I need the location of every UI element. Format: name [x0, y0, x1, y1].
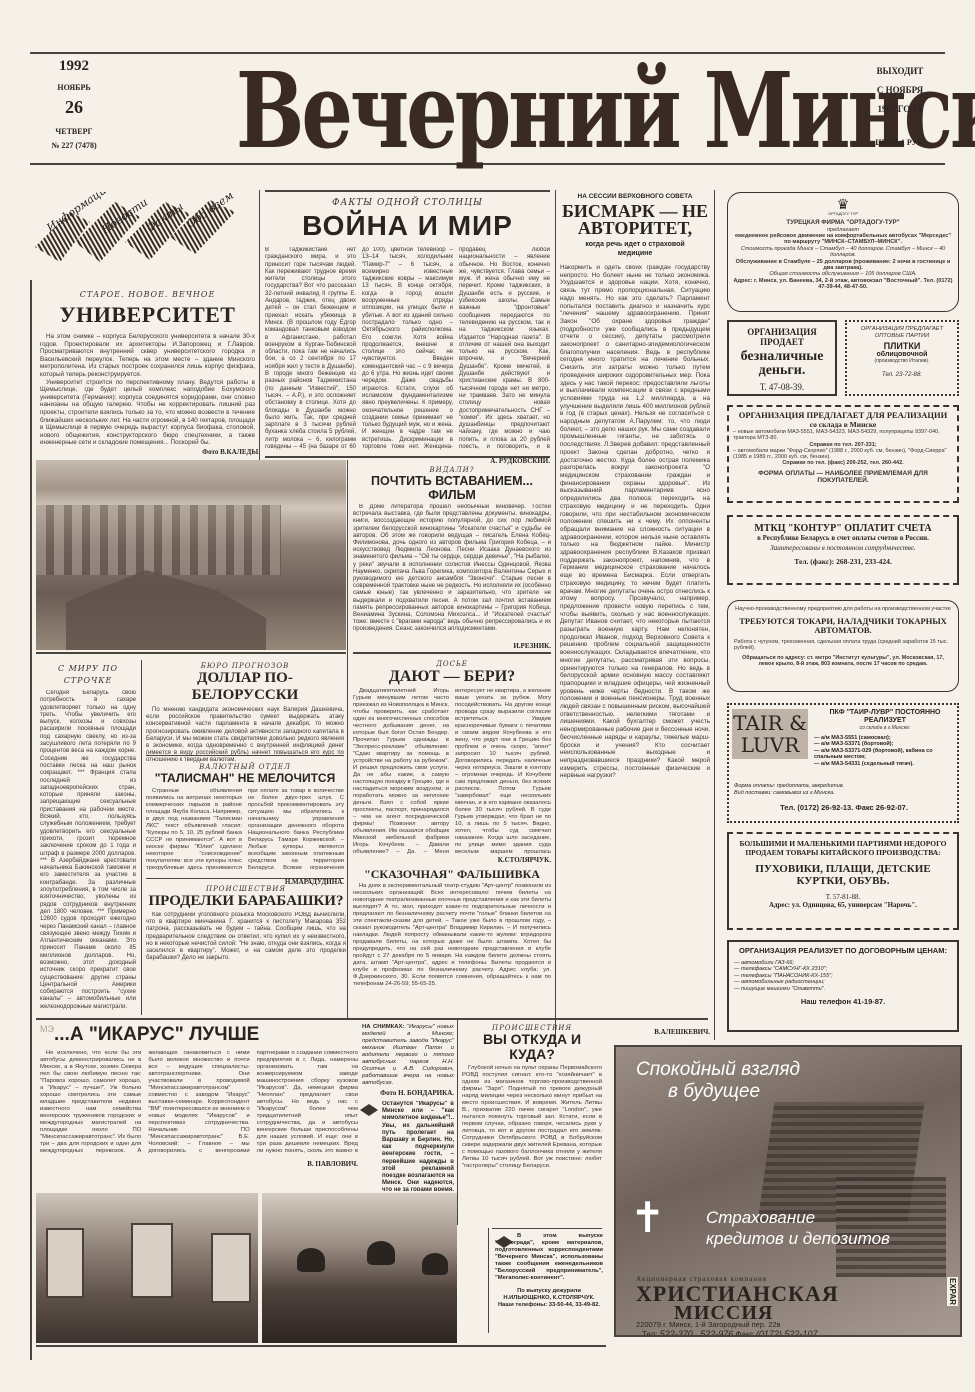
- infograd-note-text: В этом выпуске "Инфограда", кроме матери…: [495, 1233, 603, 1282]
- film-body: В Доме литератора прошел необычный кинов…: [353, 504, 551, 642]
- issue-number: № 227 (7478): [30, 141, 118, 150]
- realizuet-items: — автомобили ГАЗ-66; — телефаксы "САМСУН…: [734, 960, 952, 993]
- ad-beznal-money: ОРГАНИЗАЦИЯ ПРОДАЕТ безналичные деньги. …: [727, 320, 837, 396]
- beznal-offer: безналичные деньги.: [732, 350, 832, 378]
- dayut-rubric: ДОСЬЕ: [353, 660, 551, 668]
- column-rule: [141, 660, 142, 1015]
- war-bottom-rule: [265, 456, 550, 458]
- talisman-rubric: ВАЛЮТНЫЙ ОТДЕЛ: [146, 763, 344, 771]
- bismarck-subhead: когда речь идет о страховой медицине: [560, 240, 710, 258]
- tokari-title: ТРЕБУЮТСЯ ТОКАРИ, НАЛАДЧИКИ ТОКАРНЫХ АВТ…: [734, 617, 952, 636]
- tair-phone: Тел. (0172) 26-92-13. Факс 26-92-07.: [733, 803, 955, 812]
- tair-item: — а/м МАЗ-54331 (седельный тягач).: [814, 761, 956, 768]
- china-title: БОЛЬШИМИ И МАЛЕНЬКИМИ ПАРТИЯМИ НЕДОРОГО …: [733, 840, 953, 857]
- bismarck-kicker: НА СЕССИИ ВЕРХОВНОГО СОВЕТА: [560, 193, 710, 201]
- person-hat-image: [297, 1248, 325, 1272]
- ikarus-author: В. ПАВЛОВИЧ.: [40, 1160, 358, 1168]
- insurance-phones: 522-370 , 522-976: [660, 1329, 734, 1337]
- talisman-headline: "ТАЛИСМАН" НЕ МЕЛОЧИТСЯ: [146, 771, 344, 785]
- cross-dove-globe-icon: ✝: [630, 1197, 665, 1239]
- realizuet-item: — пишущие машинки "Оливетти".: [734, 986, 952, 993]
- barabashka-rubric: ПРОИСШЕСТВИЯ: [146, 885, 346, 893]
- insurance-phone-label: Тел:: [642, 1330, 658, 1337]
- ortadogu-price: Стоимость проезда Минск – Стамбул – 40 д…: [732, 246, 954, 259]
- china-phone: Т. 57-81-88.: [733, 893, 953, 901]
- rule: [492, 1228, 602, 1229]
- ad-christian-mission-insurance: Спокойный взгляд в будущее ✝ Страхование…: [614, 1045, 962, 1337]
- war-rubric: ФАКТЫ ОДНОЙ СТОЛИЦЫ: [265, 198, 550, 208]
- column-rule: [488, 1228, 489, 1333]
- since-line-2: С НОЯБРЯ: [855, 81, 945, 100]
- university-headline: УНИВЕРСИТЕТ: [40, 302, 255, 328]
- realizuet-item: — телефаксы "САМСУНГ-КХ 2310";: [734, 966, 952, 973]
- war-top-rule: [265, 190, 550, 192]
- masthead-since-block: ВЫХОДИТ С НОЯБРЯ 1967 ГОДА ЦЕНА 1 РУБ.: [855, 62, 945, 152]
- ad-tair-luvr: TAIR & LUVR ПКФ "ТАИР-ЛУВР" ПОСТОЯННО РЕ…: [727, 703, 959, 823]
- university-paragraph-1: На этом снимке – корпуса Белорусского ун…: [40, 333, 255, 379]
- issue-month: НОЯБРЬ: [30, 83, 118, 92]
- dollar-rubric: БЮРО ПРОГНОЗОВ: [146, 662, 344, 670]
- tair-subtitle: со склада в г.Минске:: [814, 725, 956, 733]
- agency-mark: EXPAR: [947, 1277, 958, 1306]
- maz-subtitle: со склада в Минске: [733, 420, 953, 429]
- film-rubric: ВИДАЛИ?: [353, 466, 551, 474]
- ikarus-photo-caption: НА СНИМКАХ: "Икарусы" новых моделей в Ми…: [362, 1024, 454, 1191]
- article-dayut-beri: ДОСЬЕ ДАЮТ — БЕРИ? Двадцатипятилетний Иг…: [353, 660, 551, 864]
- insurance-slogan: Спокойный взгляд в будущее: [636, 1059, 800, 1103]
- ikarus-headline: ...А "ИКАРУС" ЛУЧШЕ: [40, 1024, 358, 1046]
- ikarus-note: Останутся "Икарусы" в Минске или – "как …: [362, 1101, 454, 1191]
- china-goods: ПУХОВИКИ, ПЛАЩИ, ДЕТСКИЕ КУРТКИ, ОБУВЬ.: [733, 863, 953, 887]
- university-rubric: СТАРОЕ. НОВОЕ. ВЕЧНОЕ: [40, 290, 255, 299]
- kontur-phone: Тел. (факс): 268-231, 233-424.: [733, 557, 953, 566]
- insurance-fax-label: Факс: [736, 1330, 754, 1337]
- insurance-service-line-1: Страхование: [706, 1207, 890, 1228]
- ad-maz-trucks: ОРГАНИЗАЦИЯ ПРЕДЛАГАЕТ ДЛЯ РЕАЛИЗАЦИИ со…: [727, 405, 959, 503]
- tair-luvr-logo: TAIR & LUVR: [732, 709, 808, 759]
- film-headline: ПОЧТИТЬ ВСТАВАНИЕМ... ФИЛЬМ: [353, 474, 551, 502]
- ad-contract-prices: ОРГАНИЗАЦИЯ РЕАЛИЗУЕТ ПО ДОГОВОРНЫМ ЦЕНА…: [727, 940, 959, 1032]
- kontur-text: в Республике Беларусь в счет оплаты счет…: [733, 534, 953, 542]
- tokari-conditions: Работа с чугуном, трехсменная, сдельная …: [734, 639, 952, 652]
- masthead-date-block: 1992 НОЯБРЬ 26 ЧЕТВЕРГ № 227 (7478): [30, 58, 118, 150]
- article-from-world: С МИРУ ПО СТРОЧКЕ Сегодня Беларусь свою …: [40, 663, 136, 1020]
- china-address: Адрес: ул. Одинцова, 65, универсам "Наро…: [733, 901, 953, 909]
- university-paragraph-2: Университет строится по перспективному п…: [40, 379, 255, 447]
- section-bottom-rule: [36, 1345, 606, 1347]
- person-hat-image: [422, 1253, 448, 1275]
- beznal-phone: Т. 47-08-39.: [732, 382, 832, 392]
- column-rule: [347, 460, 348, 1020]
- rule: [353, 652, 551, 654]
- barabashka-body: Как сотрудники уголовного розыска Москов…: [146, 912, 346, 982]
- ortadogu-logo-caption: ОРТАДОГУ ТУР: [732, 211, 954, 216]
- university-photo: [36, 460, 346, 650]
- realizuet-phone: Наш телефон 41-19-87.: [734, 997, 952, 1006]
- ikarus-marker: МЭ: [40, 1024, 54, 1034]
- insurance-address: 220079 г. Минск, 1-й Загородный пер. 22в: [636, 1320, 781, 1329]
- bus-image: [46, 1228, 84, 1298]
- article-ikarus: МЭ ...А "ИКАРУС" ЛУЧШЕ Не исключено, что…: [40, 1024, 358, 1168]
- editorial-phones: Наши телефоны: 33-50-44, 33-49-82.: [495, 1302, 603, 1309]
- article-barabashka: ПРОИСШЕСТВИЯ ПРОДЕЛКИ БАРАБАШКИ? Как сот…: [146, 885, 346, 982]
- war-body: В Таджикистане нет гражданского мира, и …: [265, 247, 550, 455]
- ikarus-buses-photo: [36, 1193, 258, 1343]
- duty-names: Н.ИЛЬЮЩЕНКО, К.СТОЛЯРЧУК.: [495, 1295, 603, 1302]
- beznal-title: ОРГАНИЗАЦИЯ ПРОДАЕТ: [732, 327, 832, 347]
- dayut-author: К.СТОЛЯРЧУК.: [353, 856, 551, 864]
- infograd-logo: Информация Новости Факты Обо всем: [30, 192, 240, 267]
- tokari-intro: Научно-производственному предприятию для…: [734, 606, 952, 613]
- issue-day: 26: [30, 97, 118, 118]
- insurance-services: Страхование кредитов и депозитов: [706, 1207, 890, 1249]
- ikarus-delegation-photo: [262, 1193, 457, 1343]
- rule: [146, 878, 344, 879]
- column-rule: [259, 190, 260, 460]
- tiles-intro: ОРГАНИЗАЦИЯ ПРЕДЛАГАЕТ ОПТОВЫЕ ПАРТИИ: [850, 326, 954, 339]
- person-hat-image: [367, 1241, 395, 1265]
- tair-item: — а/м МАЗ-53371-029 (бортовой), кабина с…: [814, 748, 956, 761]
- maz-footer: ФОРМА ОПЛАТЫ — НАИБОЛЕЕ ПРИЕМЛЕМАЯ ДЛЯ П…: [733, 470, 953, 485]
- column-rule: [457, 1020, 458, 1225]
- article-war-and-peace: ФАКТЫ ОДНОЙ СТОЛИЦЫ ВОЙНА И МИР В Таджик…: [265, 198, 550, 465]
- kontur-title: МТКЦ "КОНТУР" ОПЛАТИТ СЧЕТА: [733, 523, 953, 534]
- caption-text: "Икарусы" новых моделей в Минске; предст…: [362, 1024, 454, 1086]
- from-world-body: Сегодня Беларусь свою потребность в саха…: [40, 690, 136, 1020]
- insurance-slogan-line-1: Спокойный взгляд: [636, 1059, 800, 1081]
- infograd-left-rule: [30, 280, 32, 1360]
- ad-ortadogu-tour: ♛ ОРТАДОГУ ТУР ТУРЕЦКАЯ ФИРМА "ОРТАДОГУ-…: [727, 192, 959, 312]
- bus-image: [211, 1233, 251, 1303]
- article-film: ВИДАЛИ? ПОЧТИТЬ ВСТАВАНИЕМ... ФИЛЬМ В До…: [353, 466, 551, 650]
- issue-year: 1992: [30, 58, 118, 75]
- newspaper-title: Вечерний Минск: [236, 48, 774, 173]
- bismarck-body: Накормить и одеть своих граждан государс…: [560, 264, 710, 1024]
- article-bismarck: НА СЕССИИ ВЕРХОВНОГО СОВЕТА БИСМАРК — НЕ…: [560, 193, 710, 1036]
- fairy-fake-headline: "СКАЗОЧНАЯ" ФАЛЬШИВКА: [353, 867, 551, 881]
- since-line-1: ВЫХОДИТ: [855, 62, 945, 81]
- since-line-3: 1967 ГОДА: [855, 100, 945, 119]
- issue-weekday: ЧЕТВЕРГ: [30, 127, 118, 136]
- crown-logo-icon: ♛: [732, 197, 954, 211]
- realizuet-item: — телефаксы "ПАНАСОНИК-КХ-155";: [734, 973, 952, 980]
- bus-image: [131, 1223, 173, 1298]
- tair-delivery: Вид поставки: самовывоз из г.Минска.: [734, 790, 954, 797]
- barabashka-headline: ПРОДЕЛКИ БАРАБАШКИ?: [146, 893, 346, 910]
- ad-kontur: МТКЦ "КОНТУР" ОПЛАТИТ СЧЕТА в Республике…: [727, 515, 959, 585]
- tiles-phone: Тел. 23-72-88.: [850, 371, 954, 379]
- duty-label: По выпуску дежурили: [495, 1288, 603, 1295]
- tiles-title: ПЛИТКИ: [850, 341, 954, 351]
- tiles-kind: облицовочной: [850, 351, 954, 358]
- tair-items: — а/м МАЗ-5551 (самосвал); — а/м МАЗ-533…: [814, 735, 956, 768]
- ad-turners-wanted: Научно-производственному предприятию для…: [727, 600, 959, 692]
- ikarus-body: Не исключено, что если бы эти автобусы д…: [40, 1050, 358, 1160]
- realizuet-item: — автомобильные радиостанции;: [734, 979, 952, 986]
- war-headline: ВОЙНА И МИР: [265, 210, 550, 242]
- rooftops-image: [66, 570, 266, 650]
- dollar-headline: ДОЛЛАР ПО-БЕЛОРУССКИ: [146, 670, 344, 704]
- tiles-origin: (производство Италии).: [850, 358, 954, 366]
- fairy-fake-body: На днях в экспериментальный театр-студию…: [353, 883, 551, 1013]
- university-body: На этом снимке – корпуса Белорусского ун…: [40, 333, 255, 447]
- dayut-body: Двадцатипятилетний Игорь Гурьев минувшим…: [353, 688, 551, 856]
- ortadogu-service: Обслуживание в Стамбуле – 25 долларов (п…: [732, 259, 954, 272]
- maz-list-1: – новые автомобили МАЗ-5551, МАЗ-54323, …: [733, 429, 953, 442]
- rule: [146, 755, 344, 756]
- ortadogu-route: ежедневное рейсовое движение на комфорта…: [732, 233, 954, 246]
- maz-phone-2: Справки по тел. (факс) 209-252, тел. 260…: [733, 460, 953, 466]
- ikarus-photo-credit: Фото Н. БОНДАРИКА.: [362, 1089, 454, 1097]
- infograd-logo-graphic: Информация Новости Факты Обо всем: [30, 192, 240, 267]
- rule: [36, 652, 346, 654]
- article-where-from: ПРОИСШЕСТВИЯ ВЫ ОТКУДА И КУДА? Глубокой …: [462, 1024, 602, 1205]
- insurance-service-line-2: кредитов и депозитов: [706, 1228, 890, 1249]
- where-from-body: Глубокой ночью на пульт охраны Первомайс…: [462, 1065, 602, 1205]
- tair-title: ПКФ "ТАИР-ЛУВР" ПОСТОЯННО РЕАЛИЗУЕТ: [814, 709, 956, 725]
- ad-tiles: ОРГАНИЗАЦИЯ ПРЕДЛАГАЕТ ОПТОВЫЕ ПАРТИИ ПЛ…: [845, 320, 959, 396]
- maz-title: ОРГАНИЗАЦИЯ ПРЕДЛАГАЕТ ДЛЯ РЕАЛИЗАЦИИ: [733, 411, 953, 420]
- from-world-rubric: С МИРУ ПО СТРОЧКЕ: [40, 663, 136, 687]
- dayut-headline: ДАЮТ — БЕРИ?: [353, 668, 551, 686]
- ortadogu-address: Адрес: г. Минск, ул. Ванеева, 34, 2-й эт…: [732, 278, 954, 291]
- article-talisman: ВАЛЮТНЫЙ ОТДЕЛ "ТАЛИСМАН" НЕ МЕЛОЧИТСЯ С…: [146, 763, 344, 886]
- issue-price: ЦЕНА 1 РУБ.: [855, 133, 945, 152]
- insurance-contacts: Тел: 522-370 , 522-976 Факс (0172) 522-1…: [642, 1329, 817, 1337]
- maz-list-2: – автомобили марки "Форд-Скорпио" (1988 …: [733, 448, 953, 461]
- ad-chinese-goods: БОЛЬШИМИ И МАЛЕНЬКИМИ ПАРТИЯМИ НЕДОРОГО …: [727, 832, 959, 930]
- realizuet-title: ОРГАНИЗАЦИЯ РЕАЛИЗУЕТ ПО ДОГОВОРНЫМ ЦЕНА…: [734, 947, 952, 956]
- where-from-headline: ВЫ ОТКУДА И КУДА?: [462, 1032, 602, 1062]
- ortadogu-title: ТУРЕЦКАЯ ФИРМА "ОРТАДОГУ-ТУР": [732, 219, 954, 227]
- article-dollar: БЮРО ПРОГНОЗОВ ДОЛЛАР ПО-БЕЛОРУССКИ По м…: [146, 662, 344, 765]
- article-university: СТАРОЕ. НОВОЕ. ВЕЧНОЕ УНИВЕРСИТЕТ На это…: [40, 290, 255, 447]
- article-fairy-fake: "СКАЗОЧНАЯ" ФАЛЬШИВКА На днях в эксперим…: [353, 867, 551, 1013]
- insurance-fax: (0172) 522-107: [756, 1329, 818, 1337]
- section-rule: [36, 1018, 708, 1020]
- bismarck-headline: БИСМАРК — НЕ АВТОРИТЕТ,: [560, 203, 710, 237]
- film-author: И.РЕЗНИК.: [353, 642, 551, 650]
- building-windows-image: [36, 505, 281, 575]
- realizuet-item: — автомобили ГАЗ-66;: [734, 960, 952, 967]
- talisman-body: Странные объявления появились на витрина…: [146, 788, 344, 878]
- infograd-note: В этом выпуске "Инфограда", кроме матери…: [495, 1233, 603, 1309]
- caption-label: НА СНИМКАХ:: [362, 1024, 404, 1030]
- kontur-cooperation: Заинтересованы в постоянном сотрудничест…: [733, 544, 953, 552]
- column-rule: [555, 190, 556, 1040]
- insurance-slogan-line-2: в будущее: [636, 1081, 800, 1103]
- tokari-address: Обращаться по адресу: ст. метро "Институ…: [734, 655, 952, 668]
- column-rule: [714, 190, 715, 1040]
- university-photo-credit: Фото В.КАЛЕДЫ.: [180, 448, 260, 456]
